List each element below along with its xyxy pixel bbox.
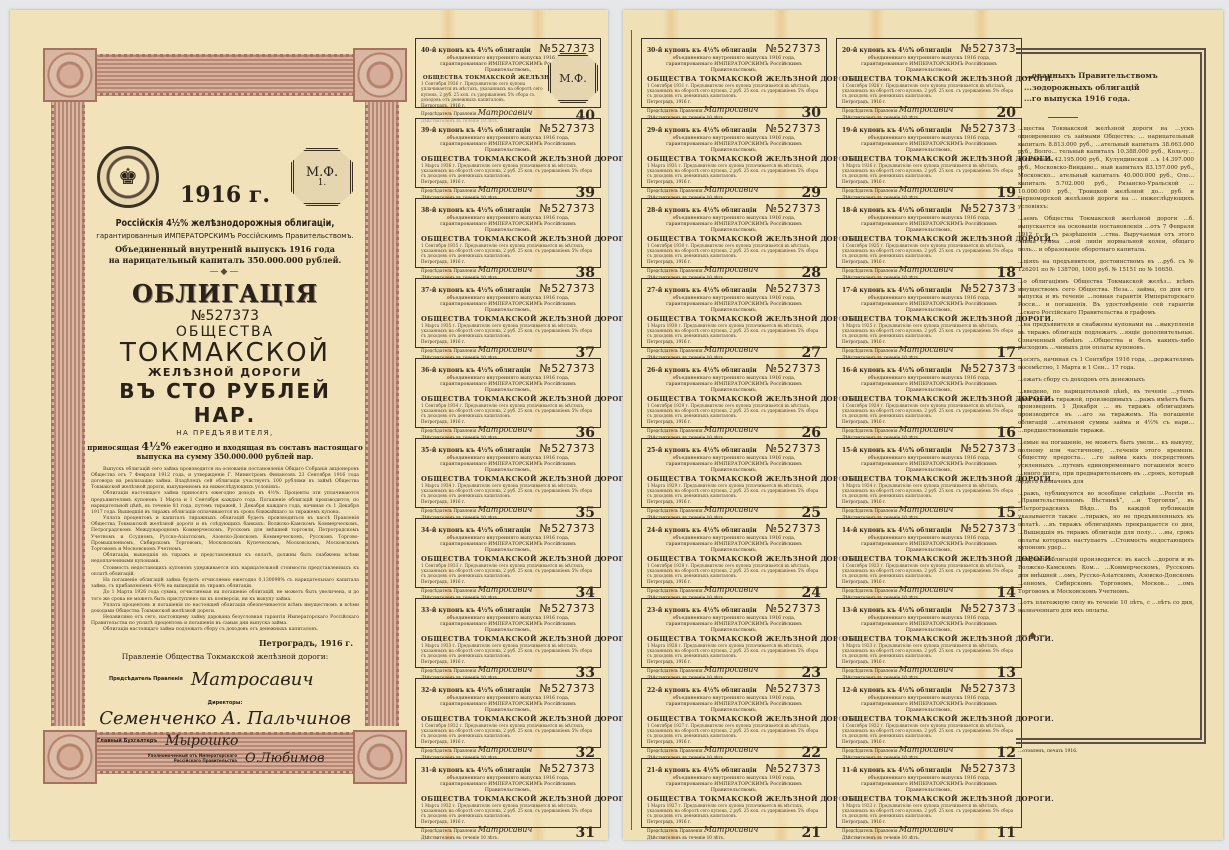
coupon-signatures: Петроградъ, 1916 г. Предсѣдатель Правлен… <box>421 739 532 760</box>
coupon-footer: Петроградъ, 1916 г. Предсѣдатель Правлен… <box>842 659 1016 680</box>
coupon-bond-number: №527373 <box>765 522 821 536</box>
accountant-signature: Мырошко <box>165 733 238 749</box>
coupon-guarantee: гарантированнаго ИМПЕРАТОРСКИМЪ Россійск… <box>421 622 595 634</box>
coupon-guarantee: гарантированнаго ИМПЕРАТОРСКИМЪ Россійск… <box>421 222 595 234</box>
eagle-icon: ♚ <box>118 165 138 190</box>
coupon-guarantee: гарантированнаго ИМПЕРАТОРСКИМЪ Россійск… <box>421 142 595 154</box>
coupon-label: 32-й купонъ къ 4½% облигаціи <box>421 687 531 695</box>
coupon-bond-number: №527373 <box>765 282 821 296</box>
coupon-pay-text: 1 Сентября 1932 г. Предъявителю сего куп… <box>421 723 595 738</box>
board-title: Правленіе Общества Токмакской желѣзной д… <box>87 652 363 661</box>
coupon-footer: Петроградъ, 1916 г. Предсѣдатель Правлен… <box>647 659 821 680</box>
coupon-pay-text: 1 Марта 1936 г. Предъявителю сего купона… <box>421 163 595 178</box>
coupon-company: ОБЩЕСТВА ТОКМАКСКОЙ ЖЕЛѢЗНОЙ ДОРОГИ. <box>647 795 821 803</box>
coupon-footer: Петроградъ, 1916 г. Предсѣдатель Правлен… <box>842 179 1016 200</box>
coupon-footer: Петроградъ, 1916 г. Предсѣдатель Правлен… <box>647 259 821 280</box>
coupon-company: ОБЩЕСТВА ТОКМАКСКОЙ ЖЕЛѢЗНОЙ ДОРОГИ. <box>842 155 1016 163</box>
coupon-32: 32-й купонъ къ 4½% облигаціи №527373 объ… <box>415 678 601 748</box>
coupon-bond-number: №527373 <box>765 602 821 616</box>
coupon-pay-text: 1 Сентября 1936 г. Предъявителю сего куп… <box>421 81 545 101</box>
coupon-20: 20-й купонъ къ 4½% облигаціи №527373 объ… <box>836 38 1022 108</box>
coupon-guarantee: гарантированнаго ИМПЕРАТОРСКИМЪ Россійск… <box>647 542 821 554</box>
coupon-bond-number: №527373 <box>765 442 821 456</box>
coupon-signatures: Петроградъ, 1916 г. Предсѣдатель Правлен… <box>421 419 532 440</box>
corner-rosette-icon <box>43 730 97 784</box>
coupon-signature: Матросавич <box>478 345 533 354</box>
terms-paragraph: Облигаціи настоящаго займа приносятъ еже… <box>91 491 359 516</box>
coupon-issue: объединеннаго внутренняго выпуска 1916 г… <box>421 376 595 382</box>
coupon-guarantee: гарантированнаго ИМПЕРАТОРСКИМЪ Россійск… <box>842 302 1016 314</box>
coupon-signatures: Петроградъ, 1916 г. Предсѣдатель Правлен… <box>842 339 953 360</box>
coupon-label: 30-й купонъ къ 4½% облигаціи <box>647 47 757 55</box>
coupon-footer: Петроградъ, 1916 г. Предсѣдатель Правлен… <box>647 499 821 520</box>
coupon-signature: Матросавич <box>704 265 759 274</box>
coupon-sig-label: Предсѣдатель Правленія <box>421 111 477 116</box>
bond-terms: Выпускъ облигацій сего займа производитс… <box>91 467 359 634</box>
directors-signatures: Семенченко А. Пальчинов <box>87 708 363 729</box>
coupon-header: 12-й купонъ къ 4½% облигаціи №527373 <box>842 682 1016 696</box>
chairman-row: Предсѣдатель Правленія Матросавич <box>109 669 363 690</box>
coupon-signatures: Петроградъ, 1916 г. Предсѣдатель Правлен… <box>647 579 758 600</box>
coupon-bond-number: №527373 <box>539 202 595 216</box>
terms-paragraph: Уплата процентовъ и капиталъ тиражныхъ о… <box>91 516 359 553</box>
legend-text: ...ованныхъ Правительствомъ ...зодорожны… <box>1018 70 1194 643</box>
coupon-label: 26-й купонъ къ 4½% облигаціи <box>647 367 757 375</box>
coupon-bond-number: №527373 <box>765 762 821 776</box>
interest-line: приносящая 4½% ежегодно и входящая въ со… <box>87 440 363 462</box>
coupon-signature: Матросавич <box>478 585 533 594</box>
coupon-label: 24-й купонъ къ 4½% облигаціи <box>647 527 757 535</box>
coupon-pay-text: 1 Сентября 1927 г. Предъявителю сего куп… <box>647 723 821 738</box>
bond-number: №527373 <box>87 308 363 324</box>
coupon-header: 11-й купонъ къ 4½% облигаціи №527373 <box>842 762 1016 776</box>
coupon-signatures: Петроградъ, 1916 г. Предсѣдатель Правлен… <box>842 259 953 280</box>
coupon-signature: Матросавич <box>478 185 533 194</box>
coupon-signatures: Петроградъ, 1916 г. Предсѣдатель Правлен… <box>647 179 758 200</box>
coupon-issue: объединеннаго внутренняго выпуска 1916 г… <box>647 296 821 302</box>
coupon-11: 11-й купонъ къ 4½% облигаціи №527373 объ… <box>836 758 1022 828</box>
coupon-signatures: Петроградъ, 1916 г. Предсѣдатель Правлен… <box>842 739 953 760</box>
coupon-label: 40-й купонъ къ 4½% облигаціи <box>421 47 531 55</box>
coupon-30: 30-й купонъ къ 4½% облигаціи №527373 объ… <box>641 38 827 108</box>
coupon-bond-number: №527373 <box>960 762 1016 776</box>
coupon-signatures: Петроградъ, 1916 г. Предсѣдатель Правлен… <box>647 659 758 680</box>
coupon-bond-number: №527373 <box>960 442 1016 456</box>
coupon-sig-label: Предсѣдатель Правленія <box>842 268 898 273</box>
interest-post: ежегодно и входящая въ составъ настоящаг… <box>137 443 363 461</box>
coupon-issue: объединеннаго внутренняго выпуска 1916 г… <box>647 776 821 782</box>
coupon-guarantee: гарантированнаго ИМПЕРАТОРСКИМЪ Россійск… <box>647 302 821 314</box>
coupon-signatures: Петроградъ, 1916 г. Предсѣдатель Правлен… <box>421 179 532 200</box>
coupon-13: 13-й купонъ къ 4½% облигаціи №527373 объ… <box>836 598 1022 668</box>
terms-paragraph: На погашеніе облигацій займа будетъ отчи… <box>91 578 359 590</box>
interest-pre: приносящая <box>87 443 139 452</box>
coupon-label: 39-й купонъ къ 4½% облигаціи <box>421 127 531 135</box>
stamp-value: 1. <box>318 179 327 188</box>
coupon-footer: Петроградъ, 1916 г. Предсѣдатель Правлен… <box>842 419 1016 440</box>
accountant-row: Главный Бухгалтеръ Мырошко <box>97 733 363 749</box>
interest-rate: 4½% <box>141 440 171 453</box>
coupon-bond-number: №527373 <box>960 42 1016 56</box>
coupon-bond-number: №527373 <box>960 602 1016 616</box>
coupon-15: 15-й купонъ къ 4½% облигаціи №527373 объ… <box>836 438 1022 508</box>
coupon-label: 34-й купонъ къ 4½% облигаціи <box>421 527 531 535</box>
coupon-company: ОБЩЕСТВА ТОКМАКСКОЙ ЖЕЛѢЗНОЙ ДОРОГИ. <box>421 635 595 643</box>
coupon-signature: Матросавич <box>478 745 533 754</box>
coupon-footer: Петроградъ, 1916 г. Предсѣдатель Правлен… <box>647 99 821 120</box>
coupon-sig-label: Предсѣдатель Правленія <box>647 588 703 593</box>
chairman-label: Предсѣдатель Правленія <box>109 676 183 682</box>
coupon-sig-label: Предсѣдатель Правленія <box>421 188 477 193</box>
coupon-38: 38-й купонъ къ 4½% облигаціи №527373 объ… <box>415 198 601 268</box>
coupon-guarantee: гарантированнаго ИМПЕРАТОРСКИМЪ Россійск… <box>842 222 1016 234</box>
coupon-12: 12-й купонъ къ 4½% облигаціи №527373 объ… <box>836 678 1022 748</box>
coupon-company: ОБЩЕСТВА ТОКМАКСКОЙ ЖЕЛѢЗНОЙ ДОРОГИ. <box>647 635 821 643</box>
coupon-sig-label: Предсѣдатель Правленія <box>647 348 703 353</box>
coupon-issue: объединеннаго внутренняго выпуска 1916 г… <box>842 456 1016 462</box>
coupon-label: 31-й купонъ къ 4½% облигаціи <box>421 767 531 775</box>
printer-note: ...отовленъ, печать 1916. <box>1018 749 1078 754</box>
coupon-guarantee: гарантированнаго ИМПЕРАТОРСКИМЪ Россійск… <box>842 382 1016 394</box>
coupon-company: ОБЩЕСТВА ТОКМАКСКОЙ ЖЕЛѢЗНОЙ ДОРОГИ. <box>842 235 1016 243</box>
coupon-signature: Матросавич <box>899 185 954 194</box>
coupon-header: 22-й купонъ къ 4½% облигаціи №527373 <box>647 682 821 696</box>
coupon-label: 33-й купонъ къ 4½% облигаціи <box>421 607 531 615</box>
coupon-signatures: Петроградъ, 1916 г. Предсѣдатель Правлен… <box>421 339 532 360</box>
coupon-label: 23-й купонъ къ 4½% облигаціи <box>647 607 757 615</box>
coupon-signature: Матросавич <box>704 665 759 674</box>
coupon-40: 40-й купонъ къ 4½% облигаціи №527373 объ… <box>415 38 601 108</box>
coupon-bond-number: №527373 <box>539 122 595 136</box>
coupon-header: 38-й купонъ къ 4½% облигаціи №527373 <box>421 202 595 216</box>
coupon-header: 13-й купонъ къ 4½% облигаціи №527373 <box>842 602 1016 616</box>
coupon-signature: Матросавич <box>478 665 533 674</box>
coupon-pay-text: 1 Сентября 1934 г. Предъявителю сего куп… <box>421 403 595 418</box>
coupon-signatures: Петроградъ, 1916 г. Предсѣдатель Правлен… <box>421 259 532 280</box>
coupon-guarantee: гарантированнаго ИМПЕРАТОРСКИМЪ Россійск… <box>842 542 1016 554</box>
coupon-pay-text: 1 Марта 1922 г. Предъявителю сего купона… <box>842 803 1016 818</box>
coupon-company: ОБЩЕСТВА ТОКМАКСКОЙ ЖЕЛѢЗНОЙ ДОРОГИ. <box>647 315 821 323</box>
coupon-company: ОБЩЕСТВА ТОКМАКСКОЙ ЖЕЛѢЗНОЙ ДОРОГИ. <box>842 635 1016 643</box>
terms-paragraph: Облигаціи, вышедшія въ тиражъ и представ… <box>91 553 359 565</box>
coupon-sig-label: Предсѣдатель Правленія <box>647 268 703 273</box>
coupon-pay-text: 1 Сентября 1922 г. Предъявителю сего куп… <box>842 723 1016 738</box>
coupon-header: 20-й купонъ къ 4½% облигаціи №527373 <box>842 42 1016 56</box>
legend-paragraph: ...отъ платежную силу въ теченіе 10 лѣтъ… <box>1018 600 1194 616</box>
coupon-validity: Дѣйствителенъ въ теченіе 10 лѣтъ. <box>647 835 758 840</box>
coupon-issue: объединеннаго внутренняго выпуска 1916 г… <box>647 136 821 142</box>
legend-paragraph: ...ціяхъ на предъявителя, достоинствомъ … <box>1018 259 1194 275</box>
coupon-sig-label: Предсѣдатель Правленія <box>421 428 477 433</box>
terms-paragraph: Выпускъ облигацій сего займа производитс… <box>91 467 359 492</box>
coupon-sig-label: Предсѣдатель Правленія <box>842 428 898 433</box>
bond-line-3: Объединенный внутренній выпускъ 1916 год… <box>87 244 363 254</box>
coupon-bond-number: №527373 <box>960 122 1016 136</box>
coupon-pay-text: 1 Сентября 1933 г. Предъявителю сего куп… <box>421 563 595 578</box>
bearer-line: НА ПРЕДЪЯВИТЕЛЯ, <box>87 429 363 437</box>
coupon-footer: Петроградъ, 1916 г. Предсѣдатель Правлен… <box>647 419 821 440</box>
bond-line-4: на нарицательный капиталъ 350.000.000 ру… <box>87 255 363 265</box>
terms-paragraph: Независимо отъ сего, настоящему займу да… <box>91 615 359 627</box>
coupon-pay-text: 1 Сентября 1925 г. Предъявителю сего куп… <box>842 243 1016 258</box>
coupon-number: 31 <box>576 826 595 840</box>
corner-rosette-icon <box>353 48 407 102</box>
coupon-sig-label: Предсѣдатель Правленія <box>647 188 703 193</box>
coupon-company: ОБЩЕСТВА ТОКМАКСКОЙ ЖЕЛѢЗНОЙ ДОРОГИ. <box>421 395 595 403</box>
coupon-sig-label: Предсѣдатель Правленія <box>421 828 477 833</box>
coupon-header: 39-й купонъ къ 4½% облигаціи №527373 <box>421 122 595 136</box>
coupon-pay-text: 1 Сентября 1923 г. Предъявителю сего куп… <box>842 563 1016 578</box>
coupon-footer: Петроградъ, 1916 г. Предсѣдатель Правлен… <box>421 579 595 600</box>
coupon-guarantee: гарантированнаго ИМПЕРАТОРСКИМЪ Россійск… <box>842 142 1016 154</box>
coupon-sig-label: Предсѣдатель Правленія <box>647 108 703 113</box>
coupon-issue: объединеннаго внутренняго выпуска 1916 г… <box>421 536 595 542</box>
coupon-company: ОБЩЕСТВА ТОКМАКСКОЙ ЖЕЛѢЗНОЙ ДОРОГИ. <box>647 235 821 243</box>
coupon-sig-label: Предсѣдатель Правленія <box>421 268 477 273</box>
coupon-guarantee: гарантированнаго ИМПЕРАТОРСКИМЪ Россійск… <box>421 302 595 314</box>
coupon-24: 24-й купонъ къ 4½% облигаціи №527373 объ… <box>641 518 827 588</box>
coupon-footer: Петроградъ, 1916 г. Предсѣдатель Правлен… <box>842 499 1016 520</box>
coupon-company: ОБЩЕСТВА ТОКМАКСКОЙ ЖЕЛѢЗНОЙ ДОРОГИ. <box>647 75 821 83</box>
coupon-signatures: Петроградъ, 1916 г. Предсѣдатель Правлен… <box>842 99 953 120</box>
coupon-company: ОБЩЕСТВА ТОКМАКСКОЙ ЖЕЛѢЗНОЙ ДОРОГИ. <box>421 235 595 243</box>
coupon-validity: Дѣйствителенъ въ теченіе 10 лѣтъ. <box>421 835 532 840</box>
coupon-label: 37-й купонъ къ 4½% облигаціи <box>421 287 531 295</box>
coupon-37: 37-й купонъ къ 4½% облигаціи №527373 объ… <box>415 278 601 348</box>
frame-left-band <box>51 98 85 726</box>
coupon-label: 19-й купонъ къ 4½% облигаціи <box>842 127 952 135</box>
legend-heading: ...го выпуска 1916 года. <box>1024 93 1194 105</box>
coupon-guarantee: гарантированнаго ИМПЕРАТОРСКИМЪ Россійск… <box>842 782 1016 794</box>
coupon-header: 25-й купонъ къ 4½% облигаціи №527373 <box>647 442 821 456</box>
legend-paragraph: ...введено, по нарицательной цѣнѣ, въ те… <box>1018 389 1194 436</box>
accountant-label: Главный Бухгалтеръ <box>97 738 157 744</box>
coupon-issue: объединеннаго внутренняго выпуска 1916 г… <box>421 456 595 462</box>
coupon-guarantee: гарантированнаго ИМПЕРАТОРСКИМЪ Россійск… <box>421 382 595 394</box>
coupon-guarantee: гарантированнаго ИМПЕРАТОРСКИМЪ Россійск… <box>647 62 821 74</box>
legend-heading: ...зодорожныхъ облигацій <box>1024 82 1194 94</box>
coupon-bond-number: №527373 <box>539 682 595 696</box>
coupon-label: 35-й купонъ къ 4½% облигаціи <box>421 447 531 455</box>
bond-line-2: гарантированныя ИМПЕРАТОРСКИМЪ Россійски… <box>87 232 363 240</box>
coupon-issue: объединеннаго внутренняго выпуска 1916 г… <box>647 456 821 462</box>
coupon-footer: Петроградъ, 1916 г. Предсѣдатель Правлен… <box>842 259 1016 280</box>
coupon-signatures: Петроградъ, 1916 г. Предсѣдатель Правлен… <box>842 419 953 440</box>
coupon-bond-number: №527373 <box>539 362 595 376</box>
coupon-pay-text: 1 Марта 1931 г. Предъявителю сего купона… <box>647 163 821 178</box>
coupon-signature: Матросавич <box>704 425 759 434</box>
coupon-signatures: Петроградъ, 1916 г. Предсѣдатель Правлен… <box>842 579 953 600</box>
imperial-eagle-seal-icon: ♚ <box>97 146 159 208</box>
coupon-issue: объединеннаго внутренняго выпуска 1916 г… <box>842 536 1016 542</box>
coupon-bond-number: №527373 <box>765 42 821 56</box>
coupon-guarantee: гарантированнаго ИМПЕРАТОРСКИМЪ Россійск… <box>842 62 1016 74</box>
coupon-34: 34-й купонъ къ 4½% облигаціи №527373 объ… <box>415 518 601 588</box>
coupon-bond-number: №527373 <box>960 282 1016 296</box>
coupon-signatures: Петроградъ, 1916 г. Предсѣдатель Правлен… <box>842 499 953 520</box>
coupon-signature: Матросавич <box>704 345 759 354</box>
coupon-sig-label: Предсѣдатель Правленія <box>842 668 898 673</box>
legend-ornament: —◆— <box>1018 630 1194 643</box>
coupon-signature: Матросавич <box>704 825 759 834</box>
coupon-sig-label: Предсѣдатель Правленія <box>842 108 898 113</box>
coupon-pay-text: 1 Сентября 1924 г. Предъявителю сего куп… <box>842 403 1016 418</box>
bond-body: ♚ М.Ф. 1. 1916 г. Россійскія 4½% желѣзно… <box>87 104 363 718</box>
coupon-issue: объединеннаго внутренняго выпуска 1916 г… <box>842 776 1016 782</box>
coupon-guarantee: гарантированнаго ИМПЕРАТОРСКИМЪ Россійск… <box>647 142 821 154</box>
coupon-header: 23-й купонъ къ 4½% облигаціи №527373 <box>647 602 821 616</box>
coupon-guarantee: гарантированнаго ИМПЕРАТОРСКИМЪ Россійск… <box>647 702 821 714</box>
coupon-22: 22-й купонъ къ 4½% облигаціи №527373 объ… <box>641 678 827 748</box>
coupon-header: 15-й купонъ къ 4½% облигаціи №527373 <box>842 442 1016 456</box>
coupon-company: ОБЩЕСТВА ТОКМАКСКОЙ ЖЕЛѢЗНОЙ ДОРОГИ. <box>647 715 821 723</box>
denomination: ВЪ СТО РУБЛЕЙ НАР. <box>87 379 363 427</box>
coupon-pay-text: 1 Марта 1925 г. Предъявителю сего купона… <box>842 323 1016 338</box>
coupon-signature: Матросавич <box>478 108 533 117</box>
coupon-issue: объединеннаго внутренняго выпуска 1916 г… <box>647 376 821 382</box>
bond-sheet-right: 30-й купонъ къ 4½% облигаціи №527373 объ… <box>623 10 1223 840</box>
coupon-issue: объединеннаго внутренняго выпуска 1916 г… <box>842 56 1016 62</box>
directors-label: Директоры: <box>87 700 363 706</box>
coupon-header: 18-й купонъ къ 4½% облигаціи №527373 <box>842 202 1016 216</box>
coupon-guarantee: гарантированнаго ИМПЕРАТОРСКИМЪ Россійск… <box>647 222 821 234</box>
coupon-company: ОБЩЕСТВА ТОКМАКСКОЙ ЖЕЛѢЗНОЙ ДОРОГИ. <box>842 795 1016 803</box>
coupon-signatures: Петроградъ, 1916 г. Предсѣдатель Правлен… <box>421 659 532 680</box>
coupon-header: 31-й купонъ къ 4½% облигаціи №527373 <box>421 762 595 776</box>
coupon-sig-label: Предсѣдатель Правленія <box>421 588 477 593</box>
legend-paragraph: ...ражъ, публикуются во всеобщее свѣдѣні… <box>1018 491 1194 554</box>
coupon-issue: объединеннаго внутренняго выпуска 1916 г… <box>647 616 821 622</box>
govt-rep-label: Уполномоченный отъ Императорскаго Россій… <box>127 753 237 763</box>
coupon-signature: Матросавич <box>899 665 954 674</box>
coupon-signature: Матросавич <box>478 265 533 274</box>
coupon-number: 11 <box>997 826 1016 840</box>
coupon-header: 16-й купонъ къ 4½% облигаціи №527373 <box>842 362 1016 376</box>
coupon-19: 19-й купонъ къ 4½% облигаціи №527373 объ… <box>836 118 1022 188</box>
coupon-guarantee: гарантированнаго ИМПЕРАТОРСКИМЪ Россійск… <box>842 702 1016 714</box>
coupon-26: 26-й купонъ къ 4½% облигаціи №527373 объ… <box>641 358 827 428</box>
coupon-sig-label: Предсѣдатель Правленія <box>647 668 703 673</box>
city-date: Петроградъ, 1916 г. <box>87 638 353 648</box>
coupon-label: 15-й купонъ къ 4½% облигаціи <box>842 447 952 455</box>
coupon-header: 27-й купонъ къ 4½% облигаціи №527373 <box>647 282 821 296</box>
legend-paragraph: ...щества Токмакской желѣзной дороги на … <box>1018 126 1194 212</box>
coupon-issue: объединеннаго внутренняго выпуска 1916 г… <box>647 696 821 702</box>
coupon-pay-text: 1 Марта 1930 г. Предъявителю сего купона… <box>647 323 821 338</box>
coupon-footer: Петроградъ, 1916 г. Предсѣдатель Правлен… <box>421 419 595 440</box>
coupon-signatures: Петроградъ, 1916 г. Предсѣдатель Правлен… <box>842 659 953 680</box>
coupon-14: 14-й купонъ къ 4½% облигаціи №527373 объ… <box>836 518 1022 588</box>
frame-top-band <box>83 54 367 96</box>
coupon-issue: объединеннаго внутренняго выпуска 1916 г… <box>647 216 821 222</box>
coupon-guarantee: гарантированнаго ИМПЕРАТОРСКИМЪ Россійск… <box>421 462 595 474</box>
coupon-bond-number: №527373 <box>539 282 595 296</box>
coupon-27: 27-й купонъ къ 4½% облигаціи №527373 объ… <box>641 278 827 348</box>
coupon-35: 35-й купонъ къ 4½% облигаціи №527373 объ… <box>415 438 601 508</box>
coupon-header: 36-й купонъ къ 4½% облигаціи №527373 <box>421 362 595 376</box>
coupon-label: 13-й купонъ къ 4½% облигаціи <box>842 607 952 615</box>
coupon-header: 24-й купонъ къ 4½% облигаціи №527373 <box>647 522 821 536</box>
terms-paragraph: Облигаціи настоящаго займа подлежатъ сбо… <box>91 627 359 633</box>
coupon-header: 37-й купонъ къ 4½% облигаціи №527373 <box>421 282 595 296</box>
coupon-issue: объединеннаго внутренняго выпуска 1916 г… <box>647 536 821 542</box>
legend-paragraph: ...тиражъ облигацій производится: въ кас… <box>1018 557 1194 596</box>
coupon-signatures: Петроградъ, 1916 г. Предсѣдатель Правлен… <box>842 819 953 840</box>
coupon-issue: объединеннаго внутренняго выпуска 1916 г… <box>842 616 1016 622</box>
coupon-bond-number: №527373 <box>765 122 821 136</box>
coupon-bond-number: №527373 <box>960 522 1016 536</box>
coupon-header: 33-й купонъ къ 4½% облигаціи №527373 <box>421 602 595 616</box>
coupon-sig-label: Предсѣдатель Правленія <box>842 508 898 513</box>
coupon-label: 28-й купонъ къ 4½% облигаціи <box>647 207 757 215</box>
mf-duty-stamp-icon: М.Ф. 1. <box>291 148 353 206</box>
coupon-signature: Матросавич <box>899 265 954 274</box>
coupon-bond-number: №527373 <box>765 202 821 216</box>
govt-rep-signature: О.Любимов <box>245 751 325 766</box>
coupon-23: 23-й купонъ къ 4½% облигаціи №527373 объ… <box>641 598 827 668</box>
coupon-signature: Матросавич <box>899 585 954 594</box>
coupon-footer: Петроградъ, 1916 г. Предсѣдатель Правлен… <box>647 819 821 840</box>
coupon-issue: объединеннаго внутренняго выпуска 1916 г… <box>647 56 821 62</box>
coupon-pay-text: 1 Марта 1927 г. Предъявителю сего купона… <box>647 803 821 818</box>
coupon-label: 12-й купонъ къ 4½% облигаціи <box>842 687 952 695</box>
coupon-footer: Петроградъ, 1916 г. Предсѣдатель Правлен… <box>842 819 1016 840</box>
coupon-39: 39-й купонъ къ 4½% облигаціи №527373 объ… <box>415 118 601 188</box>
coupon-36: 36-й купонъ къ 4½% облигаціи №527373 объ… <box>415 358 601 428</box>
coupon-sig-label: Предсѣдатель Правленія <box>421 668 477 673</box>
legend-paragraph: ...аемъ Общества Токмакской желѣзной дор… <box>1018 216 1194 255</box>
coupon-issue: объединеннаго внутренняго выпуска 1916 г… <box>842 376 1016 382</box>
coupon-company: ОБЩЕСТВА ТОКМАКСКОЙ ЖЕЛѢЗНОЙ ДОРОГИ. <box>647 555 821 563</box>
coupon-sig-label: Предсѣдатель Правленія <box>842 828 898 833</box>
coupon-header: 28-й купонъ къ 4½% облигаціи №527373 <box>647 202 821 216</box>
coupon-29: 29-й купонъ къ 4½% облигаціи №527373 объ… <box>641 118 827 188</box>
coupon-company: ОБЩЕСТВА ТОКМАКСКОЙ ЖЕЛѢЗНОЙ ДОРОГИ. <box>647 155 821 163</box>
coupon-signature: Матросавич <box>899 425 954 434</box>
coupon-header: 29-й купонъ къ 4½% облигаціи №527373 <box>647 122 821 136</box>
coupon-bond-number: №527373 <box>539 762 595 776</box>
coupon-pay-text: 1 Марта 1923 г. Предъявителю сего купона… <box>842 643 1016 658</box>
coupon-header: 17-й купонъ къ 4½% облигаціи №527373 <box>842 282 1016 296</box>
coupon-sig-label: Предсѣдатель Правленія <box>421 508 477 513</box>
coupon-company: ОБЩЕСТВА ТОКМАКСКОЙ ЖЕЛѢЗНОЙ ДОРОГИ. <box>421 475 595 483</box>
coupon-sig-label: Предсѣдатель Правленія <box>421 748 477 753</box>
coupon-label: 29-й купонъ къ 4½% облигаціи <box>647 127 757 135</box>
coupon-footer: Петроградъ, 1916 г. Предсѣдатель Правлен… <box>842 739 1016 760</box>
coupon-signature: Матросавич <box>899 825 954 834</box>
coupon-guarantee: гарантированнаго ИМПЕРАТОРСКИМЪ Россійск… <box>842 462 1016 474</box>
coupon-pay-text: 1 Сентября 1926 г. Предъявителю сего куп… <box>842 83 1016 98</box>
coupon-header: 21-й купонъ къ 4½% облигаціи №527373 <box>647 762 821 776</box>
coupon-bond-number: №527373 <box>960 682 1016 696</box>
terms-paragraph: До 1 Марта 1926 года сумма, отчисляемая … <box>91 590 359 602</box>
coupon-sig-label: Предсѣдатель Правленія <box>647 748 703 753</box>
coupon-pay-text: 1 Марта 1932 г. Предъявителю сего купона… <box>421 803 595 818</box>
coupon-guarantee: гарантированнаго ИМПЕРАТОРСКИМЪ Россійск… <box>647 462 821 474</box>
coupon-signature: Матросавич <box>899 345 954 354</box>
coupon-footer: Петроградъ, 1916 г. Предсѣдатель Правлен… <box>647 339 821 360</box>
railway-name: ТОКМАКСКОЙ <box>87 340 363 366</box>
coupon-label: 20-й купонъ къ 4½% облигаціи <box>842 47 952 55</box>
coupon-signature: Матросавич <box>704 505 759 514</box>
coupon-pay-text: 1 Марта 1929 г. Предъявителю сего купона… <box>647 483 821 498</box>
coupon-bond-number: №527373 <box>539 522 595 536</box>
coupon-sig-label: Предсѣдатель Правленія <box>842 188 898 193</box>
coupon-company: ОБЩЕСТВА ТОКМАКСКОЙ ЖЕЛѢЗНОЙ ДОРОГИ. <box>421 315 595 323</box>
coupon-header: 30-й купонъ къ 4½% облигаціи №527373 <box>647 42 821 56</box>
coupon-bond-number: №527373 <box>539 442 595 456</box>
coupon-guarantee: гарантированнаго ИМПЕРАТОРСКИМЪ Россійск… <box>421 782 595 794</box>
